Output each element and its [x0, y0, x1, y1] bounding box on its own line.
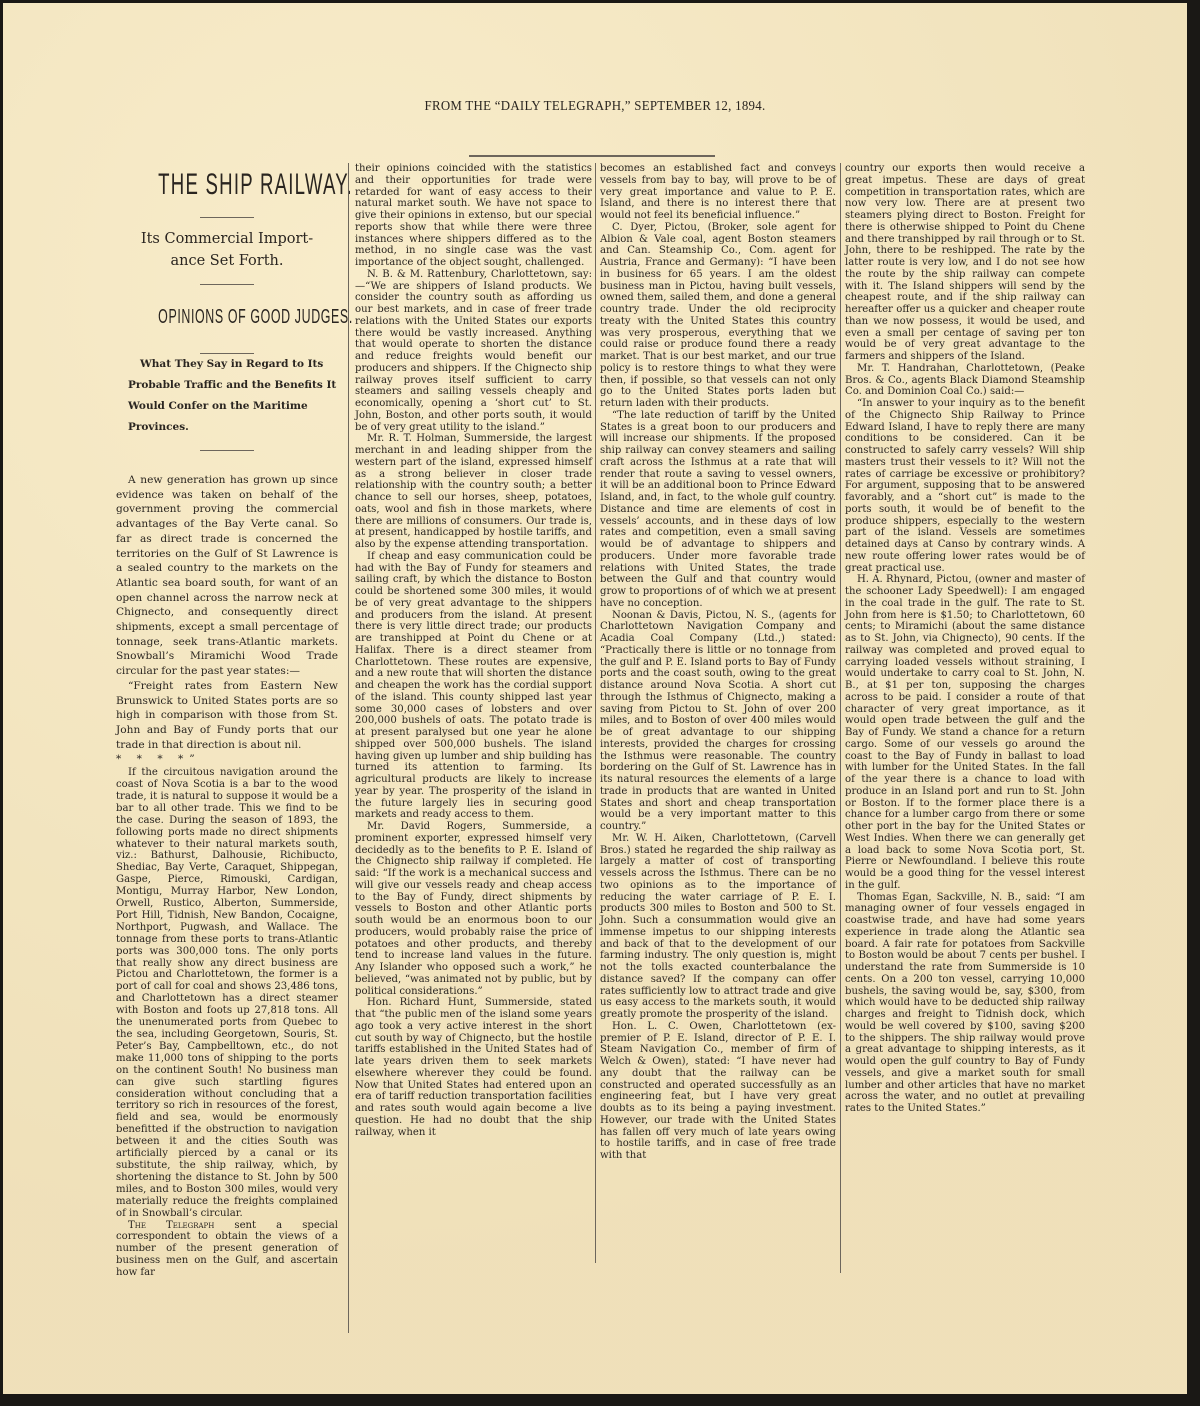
headline-subtitle-line-2: ance Set Forth. — [171, 253, 284, 269]
paragraph-telegraph: The Telegraph sent a special corresponde… — [116, 1220, 338, 1280]
paragraph: C. Dyer, Pictou, (Broker, sole agent for… — [600, 222, 836, 410]
paragraph: If cheap and easy communication could be… — [355, 551, 592, 821]
paragraph: country our exports then would receive a… — [845, 163, 1085, 363]
column-rule — [840, 163, 841, 1273]
paragraph: Hon. Richard Hunt, Summerside, stated th… — [355, 997, 592, 1138]
paragraph: If the circuitous navigation around the … — [116, 767, 338, 1219]
paragraph: N. B. & M. Rattenbury, Charlottetown, sa… — [355, 269, 592, 434]
paragraph: A new generation has grown up since evid… — [116, 473, 338, 679]
paragraph: Noonan & Davis, Pictou, N. S., (agents f… — [600, 610, 836, 833]
paragraph: Thomas Egan, Sackville, N. B., said: “I … — [845, 892, 1085, 1115]
column-rule — [348, 163, 349, 1333]
masthead-rule — [469, 155, 715, 157]
paragraph-quote: “Freight rates from Eastern New Brunswic… — [116, 679, 338, 753]
headline-opinions: OPINIONS OF GOOD JUDGES. — [158, 303, 296, 331]
paragraph: becomes an established fact and conveys … — [600, 163, 836, 222]
column-rule — [595, 163, 596, 1263]
masthead: FROM THE “DAILY TELEGRAPH,” SEPTEMBER 12… — [50, 99, 1139, 115]
paragraph: Mr. David Rogers, Summerside, a prominen… — [355, 821, 592, 997]
paragraph: H. A. Rhynard, Pictou, (owner and master… — [845, 574, 1085, 891]
article-intro: A new generation has grown up since evid… — [116, 473, 338, 767]
paragraph-ellipsis: * * * *” — [116, 752, 338, 767]
paragraph: Mr. T. Handrahan, Charlottetown, (Peake … — [845, 363, 1085, 398]
publication-name: The Telegraph — [128, 1220, 214, 1231]
headline-subtitle-line-1: Its Commercial Import- — [141, 231, 313, 247]
headline-title: THE SHIP RAILWAY. — [158, 165, 296, 205]
headline-deck: What They Say in Regard to Its Probable … — [116, 354, 338, 438]
paragraph: their opinions coincided with the statis… — [355, 163, 592, 269]
divider — [200, 217, 254, 218]
paragraph: “In answer to your inquiry as to the ben… — [845, 398, 1085, 574]
newspaper-clipping-page: FROM THE “DAILY TELEGRAPH,” SEPTEMBER 12… — [3, 3, 1187, 1394]
column-3: becomes an established fact and conveys … — [600, 163, 836, 1162]
column-2: their opinions coincided with the statis… — [355, 163, 592, 1138]
paragraph: “The late reduction of tariff by the Uni… — [600, 410, 836, 610]
paragraph: Mr. R. T. Holman, Summerside, the larges… — [355, 433, 592, 551]
headline-subtitle: Its Commercial Import- ance Set Forth. — [116, 228, 338, 272]
paragraph: Hon. L. C. Owen, Charlottetown (ex-premi… — [600, 1021, 836, 1162]
divider — [200, 450, 254, 451]
divider — [200, 284, 254, 285]
article-body: If the circuitous navigation around the … — [116, 767, 338, 1279]
column-1: THE SHIP RAILWAY. Its Commercial Import-… — [116, 163, 338, 1279]
paragraph: Mr. W. H. Aiken, Charlottetown, (Carvell… — [600, 833, 836, 1021]
column-4: country our exports then would receive a… — [845, 163, 1085, 1115]
